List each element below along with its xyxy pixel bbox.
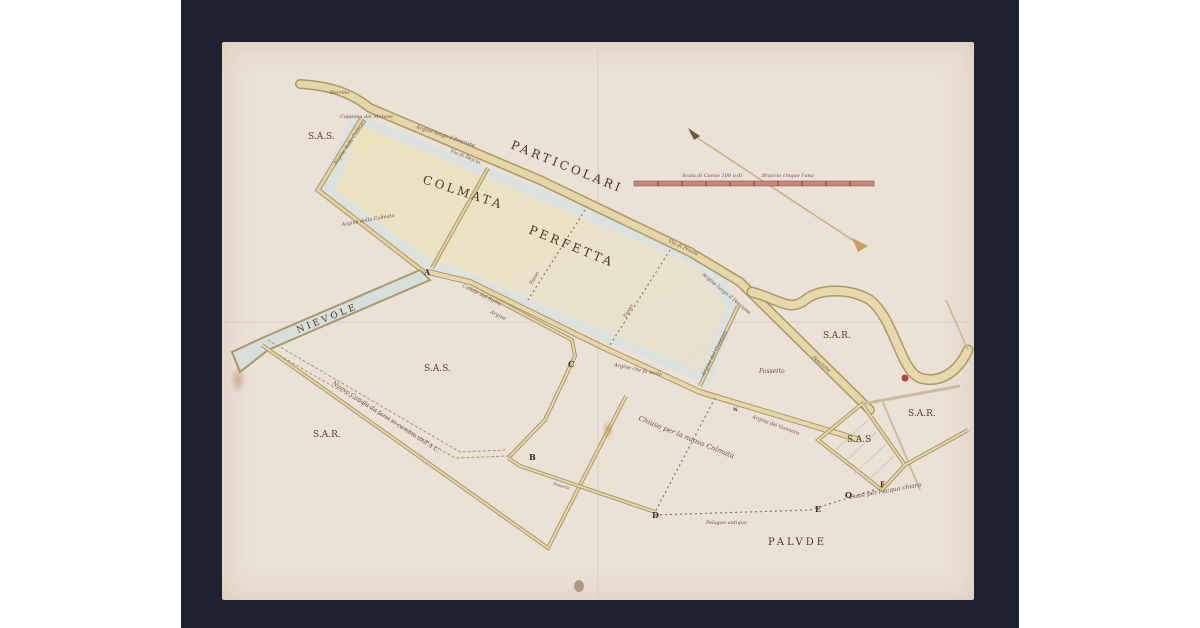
label-padule: PALVDE — [768, 537, 827, 548]
point-o: O — [845, 490, 852, 500]
point-n: N — [733, 407, 738, 413]
point-a: A — [423, 267, 431, 277]
point-f: F — [880, 480, 885, 489]
point-b: B — [529, 452, 536, 462]
scale-label-left: Scala di Canne 100 a di — [682, 173, 742, 179]
annotation-chiuso: Chiuso per la nuova Colmata — [637, 414, 735, 460]
red-marker-dot — [902, 375, 909, 382]
compass-arrow — [688, 128, 868, 252]
point-d: D — [652, 510, 659, 520]
annotation-capanna: Capanna del Morone — [340, 114, 393, 120]
label-sas-right: S.A.S — [847, 435, 871, 445]
annotation-nuovo-canale: Nuovo Canale da farsi in cambio dell'A C… — [330, 379, 441, 454]
point-e: E — [815, 504, 821, 514]
annotation-argine-canale: Argine — [488, 309, 507, 322]
label-sar-right-bottom: S.A.R. — [908, 409, 936, 419]
annotation-pelagon: Pelagon antiquo — [705, 520, 747, 526]
label-sas-center: S.A.S. — [424, 364, 451, 374]
label-sas-topleft: S.A.S. — [308, 132, 335, 142]
label-sar-right-top: S.A.R. — [823, 331, 851, 341]
annotation-borrino: Borrino — [329, 90, 349, 96]
point-c: C — [568, 359, 574, 369]
winding-river — [752, 291, 968, 380]
scale-bar — [634, 181, 874, 186]
label-sar-left: S.A.R. — [313, 430, 341, 440]
scale-label-right: Braccia cinque l'una — [761, 173, 814, 179]
annotation-fossetto: Fossetto — [758, 368, 785, 375]
historical-map: PARTICOLARI COLMATA PERFETTA NIEVOLE PAL… — [0, 0, 1200, 628]
